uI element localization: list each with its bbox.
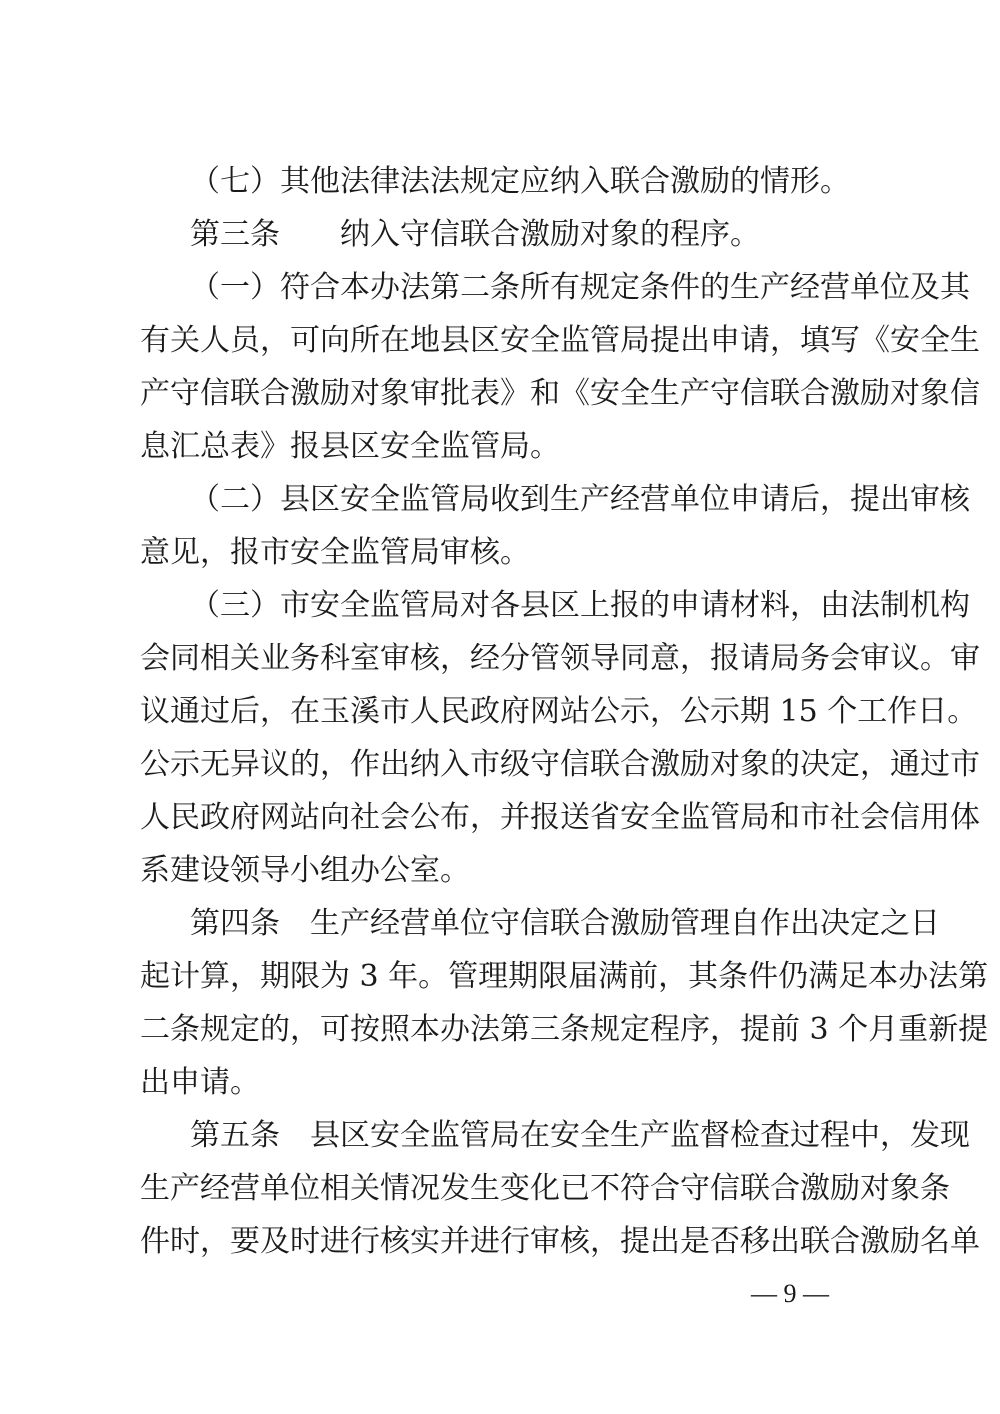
paragraph-line: 件时，要及时进行核实并进行审核，提出是否移出联合激励名单 — [140, 1222, 856, 1262]
paragraph-line: （三）市安全监管局对各县区上报的申请材料，由法制机构 — [190, 586, 856, 626]
paragraph-line: 起计算，期限为 3 年。管理期限届满前，其条件仍满足本办法第 — [140, 957, 856, 997]
paragraph-line: 出申请。 — [140, 1063, 856, 1103]
paragraph-line: 产守信联合激励对象审批表》和《安全生产守信联合激励对象信 — [140, 374, 856, 414]
paragraph-line: 议通过后，在玉溪市人民政府网站公示，公示期 15 个工作日。 — [140, 692, 856, 732]
document-page: （七）其他法律法法规定应纳入联合激励的情形。 第三条 纳入守信联合激励对象的程序… — [0, 0, 1000, 1414]
article-4-text: 第四条 生产经营单位守信联合激励管理自作出决定之日 — [190, 904, 856, 944]
article-5-text: 第五条 县区安全监管局在安全生产监督检查过程中，发现 — [190, 1116, 856, 1156]
paragraph-line: 系建设领导小组办公室。 — [140, 851, 856, 891]
paragraph-line: 人民政府网站向社会公布，并报送省安全监管局和市社会信用体 — [140, 798, 856, 838]
paragraph-line: 会同相关业务科室审核，经分管领导同意，报请局务会审议。审 — [140, 639, 856, 679]
article-3-heading: 第三条 纳入守信联合激励对象的程序。 — [190, 215, 856, 255]
paragraph-line: 公示无异议的，作出纳入市级守信联合激励对象的决定，通过市 — [140, 745, 856, 785]
paragraph-line: （二）县区安全监管局收到生产经营单位申请后，提出审核 — [190, 480, 856, 520]
paragraph-line: 息汇总表》报县区安全监管局。 — [140, 427, 856, 467]
paragraph-line: 意见，报市安全监管局审核。 — [140, 533, 856, 573]
paragraph-line: 生产经营单位相关情况发生变化已不符合守信联合激励对象条 — [140, 1169, 856, 1209]
paragraph-line: 二条规定的，可按照本办法第三条规定程序，提前 3 个月重新提 — [140, 1010, 856, 1050]
paragraph-line: （一）符合本办法第二条所有规定条件的生产经营单位及其 — [190, 268, 856, 308]
page-number: — 9 — — [740, 1276, 840, 1312]
clause-7-text: （七）其他法律法法规定应纳入联合激励的情形。 — [190, 162, 856, 202]
paragraph-line: 有关人员，可向所在地县区安全监管局提出申请，填写《安全生 — [140, 321, 856, 361]
